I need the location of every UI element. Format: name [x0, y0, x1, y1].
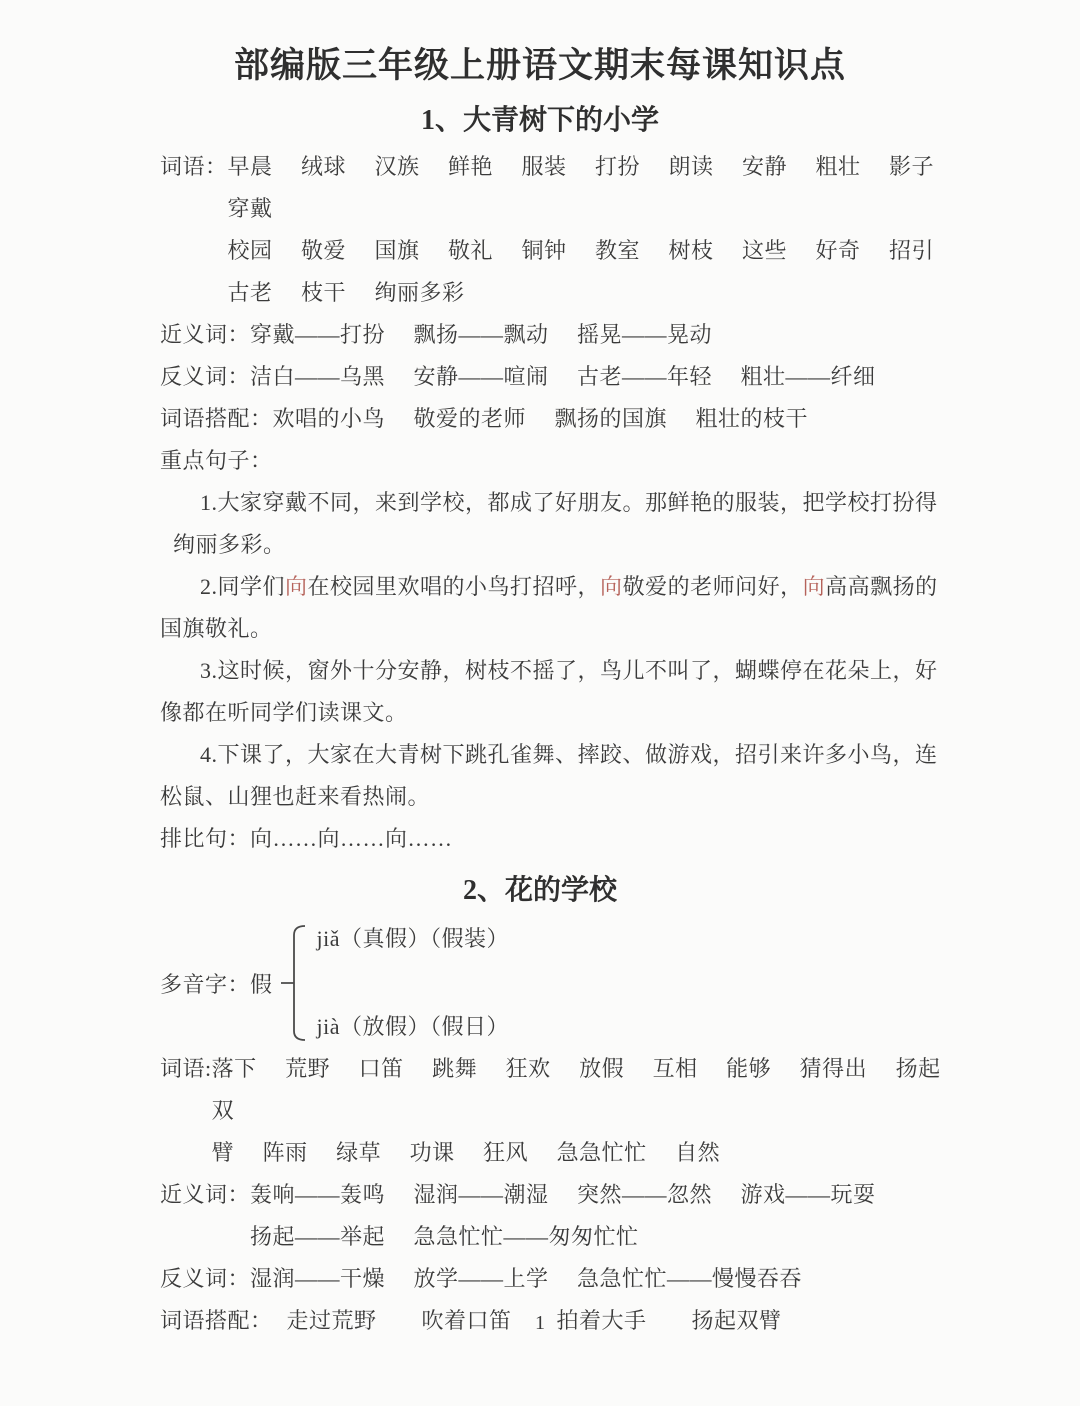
- sentence-2-seg: 在校园里欢唱的小鸟打招呼，: [308, 574, 601, 599]
- synonyms-label: 近义词：: [160, 322, 250, 347]
- parallelism-value: 向……向……向……: [250, 826, 453, 851]
- lesson1-synonyms-row: 近义词：穿戴——打扮 飘扬——飘动 摇晃——晃动: [160, 314, 950, 356]
- key-sentences-label: 重点句子：: [160, 440, 950, 482]
- polyphone-label-text: 多音字：: [160, 972, 250, 997]
- reading-line: jià（放假）（假日）: [317, 1013, 510, 1041]
- sentence-4-line-1: 4.下课了，大家在大青树下跳孔雀舞、摔跤、做游戏，招引来许多小鸟，连: [160, 734, 950, 776]
- sentence-2-line-2: 国旗敬礼。: [160, 608, 950, 650]
- synonyms-lines: 轰响——轰鸣 湿润——潮湿 突然——忽然 游戏——玩耍 扬起——举起 急急忙忙—…: [250, 1174, 950, 1258]
- words-lines: 落下 荒野 口笛 跳舞 狂欢 放假 互相 能够 猜得出 扬起 双 臂 阵雨 绿草…: [212, 1048, 950, 1174]
- words-lines: 早晨 绒球 汉族 鲜艳 服装 打扮 朗读 安静 粗壮 影子 穿戴 校园 敬爱 国…: [228, 146, 950, 314]
- document-content: 部编版三年级上册语文期末每课知识点 1、大青树下的小学 词语： 早晨 绒球 汉族…: [160, 30, 950, 1342]
- synonyms-label: 近义词：: [160, 1174, 250, 1216]
- lesson1-antonyms-row: 反义词：洁白——乌黑 安静——喧闹 古老——年轻 粗壮——纤细: [160, 356, 950, 398]
- synonyms-line: 轰响——轰鸣 湿润——潮湿 突然——忽然 游戏——玩耍: [250, 1174, 950, 1216]
- highlighted-char: 向: [285, 574, 308, 599]
- page-number: 1: [0, 1312, 1080, 1335]
- reading-line: jiǎ（真假）（假装）: [317, 925, 510, 953]
- polyphone-char: 假: [250, 972, 273, 997]
- collocations-list: 欢唱的小鸟 敬爱的老师 飘扬的国旗 粗壮的枝干: [273, 406, 809, 431]
- sentence-1-line-2: 绚丽多彩。: [160, 524, 950, 566]
- word-line: 早晨 绒球 汉族 鲜艳 服装 打扮 朗读 安静 粗壮 影子 穿戴: [228, 146, 950, 230]
- brace-icon: [281, 923, 307, 1043]
- lesson2-antonyms-row: 反义词：湿润——干燥 放学——上学 急急忙忙——慢慢吞吞: [160, 1258, 950, 1300]
- lesson1-words-row: 词语： 早晨 绒球 汉族 鲜艳 服装 打扮 朗读 安静 粗壮 影子 穿戴 校园 …: [160, 146, 950, 314]
- antonyms-label: 反义词：: [160, 364, 250, 389]
- antonyms-list: 湿润——干燥 放学——上学 急急忙忙——慢慢吞吞: [250, 1266, 802, 1291]
- sentence-2-line-1: 2.同学们向在校园里欢唱的小鸟打招呼，向敬爱的老师问好，向高高飘扬的: [160, 566, 950, 608]
- sentence-2-seg: 高高飘扬的: [825, 574, 938, 599]
- highlighted-char: 向: [600, 574, 623, 599]
- synonyms-list: 穿戴——打扮 飘扬——飘动 摇晃——晃动: [250, 322, 712, 347]
- polyphone-label: 多音字：假: [160, 968, 273, 999]
- word-line: 古老 枝干 绚丽多彩: [228, 272, 950, 314]
- parallelism-row: 排比句：向……向……向……: [160, 818, 950, 860]
- document-title: 部编版三年级上册语文期末每课知识点: [160, 42, 920, 90]
- antonyms-list: 洁白——乌黑 安静——喧闹 古老——年轻 粗壮——纤细: [250, 364, 876, 389]
- document-page: 部编版三年级上册语文期末每课知识点 1、大青树下的小学 词语： 早晨 绒球 汉族…: [0, 0, 1080, 1406]
- sentence-3-line-2: 像都在听同学们读课文。: [160, 692, 950, 734]
- sentence-2-seg: 敬爱的老师问好，: [623, 574, 803, 599]
- sentence-2-seg: 2.同学们: [200, 574, 285, 599]
- sentence-3-line-1: 3.这时候，窗外十分安静，树枝不摇了，鸟儿不叫了，蝴蝶停在花朵上，好: [160, 650, 950, 692]
- word-line: 臂 阵雨 绿草 功课 狂风 急急忙忙 自然: [212, 1132, 950, 1174]
- lesson2-words-row: 词语: 落下 荒野 口笛 跳舞 狂欢 放假 互相 能够 猜得出 扬起 双 臂 阵…: [160, 1048, 950, 1174]
- lesson2-synonyms-row: 近义词： 轰响——轰鸣 湿润——潮湿 突然——忽然 游戏——玩耍 扬起——举起 …: [160, 1174, 950, 1258]
- lesson2-heading: 2、花的学校: [160, 870, 920, 912]
- word-line: 落下 荒野 口笛 跳舞 狂欢 放假 互相 能够 猜得出 扬起 双: [212, 1048, 950, 1132]
- highlighted-char: 向: [803, 574, 826, 599]
- synonyms-line: 扬起——举起 急急忙忙——匆匆忙忙: [250, 1216, 950, 1258]
- polyphone-readings: jiǎ（真假）（假装） jià（放假）（假日）: [317, 925, 510, 1041]
- words-label: 词语:: [160, 1048, 212, 1090]
- antonyms-label: 反义词：: [160, 1266, 250, 1291]
- word-line: 校园 敬爱 国旗 敬礼 铜钟 教室 树枝 这些 好奇 招引: [228, 230, 950, 272]
- words-label: 词语：: [160, 146, 228, 188]
- parallelism-label: 排比句：: [160, 826, 250, 851]
- lesson1-heading: 1、大青树下的小学: [160, 100, 920, 142]
- sentence-4-line-2: 松鼠、山狸也赶来看热闹。: [160, 776, 950, 818]
- sentence-1-line-1: 1.大家穿戴不同，来到学校，都成了好朋友。那鲜艳的服装，把学校打扮得: [160, 482, 950, 524]
- lesson1-collocations-row: 词语搭配：欢唱的小鸟 敬爱的老师 飘扬的国旗 粗壮的枝干: [160, 398, 950, 440]
- collocations-label: 词语搭配：: [160, 406, 273, 431]
- polyphone-block: 多音字：假 jiǎ（真假）（假装） jià（放假）（假日）: [160, 922, 950, 1044]
